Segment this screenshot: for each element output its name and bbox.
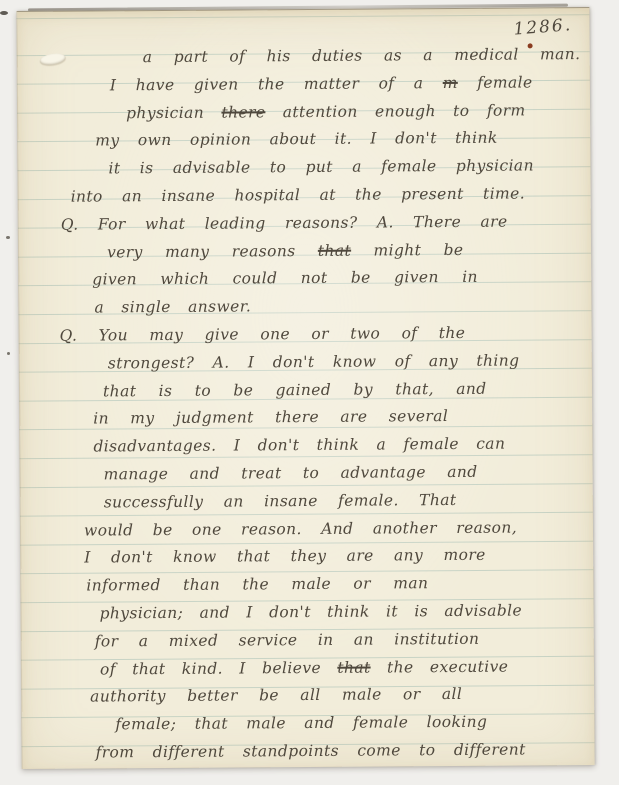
handwritten-line: I don't know that they are any more [84, 543, 486, 570]
handwritten-line: from different standpoints come to diffe… [95, 737, 525, 764]
manuscript-page: 1286. a part of his duties as a medical … [16, 7, 594, 769]
handwritten-line: in my judgment there are several [93, 404, 448, 430]
handwritten-line: of that kind. I believe that the executi… [100, 654, 509, 681]
scan-corner-mark [0, 11, 8, 15]
handwritten-line: given which could not be given in [92, 265, 478, 292]
handwritten-line: physician there attention enough to form [126, 98, 526, 125]
handwritten-line: would be one reason. And another reason, [84, 515, 517, 542]
handwritten-line: very many reasons that might be [107, 237, 464, 263]
strikethrough-word: m [443, 74, 458, 92]
handwritten-line: it is advisable to put a female physicia… [108, 154, 534, 181]
handwritten-line: a part of his duties as a medical man. [143, 42, 581, 69]
handwritten-line: for a mixed service in an institution [95, 627, 480, 654]
strikethrough-word: there [221, 103, 265, 121]
handwritten-line: authority better be all male or all [90, 682, 462, 709]
margin-speck [6, 236, 10, 239]
strikethrough-word: that [337, 658, 370, 676]
paper-blemish [39, 52, 66, 67]
handwritten-line: Q. For what leading reasons? A. There ar… [61, 209, 508, 236]
handwritten-line: my own opinion about it. I don't think [95, 126, 498, 153]
handwritten-line: Q. You may give one or two of the [60, 321, 466, 348]
handwritten-line: disadvantages. I don't think a female ca… [93, 432, 505, 459]
handwritten-line: manage and treat to advantage and [104, 460, 478, 487]
strikethrough-word: that [318, 241, 351, 259]
page-number: 1286. [513, 15, 573, 39]
handwritten-line: into an insane hospital at the present t… [71, 181, 526, 208]
scan-background: 1286. a part of his duties as a medical … [0, 0, 619, 785]
handwritten-line: a single answer. [94, 295, 251, 320]
margin-speck [7, 352, 10, 355]
handwritten-line: that is to be gained by that, and [103, 376, 487, 403]
handwritten-line: strongest? A. I don't know of any thing [108, 348, 520, 375]
handwritten-line: informed than the male or man [86, 571, 428, 597]
handwritten-line: physician; and I don't think it is advis… [99, 598, 522, 625]
handwritten-line: female; that male and female looking [115, 710, 487, 737]
handwritten-line: I have given the matter of a m female [110, 70, 533, 97]
handwritten-line: successfully an insane female. That [104, 488, 457, 514]
